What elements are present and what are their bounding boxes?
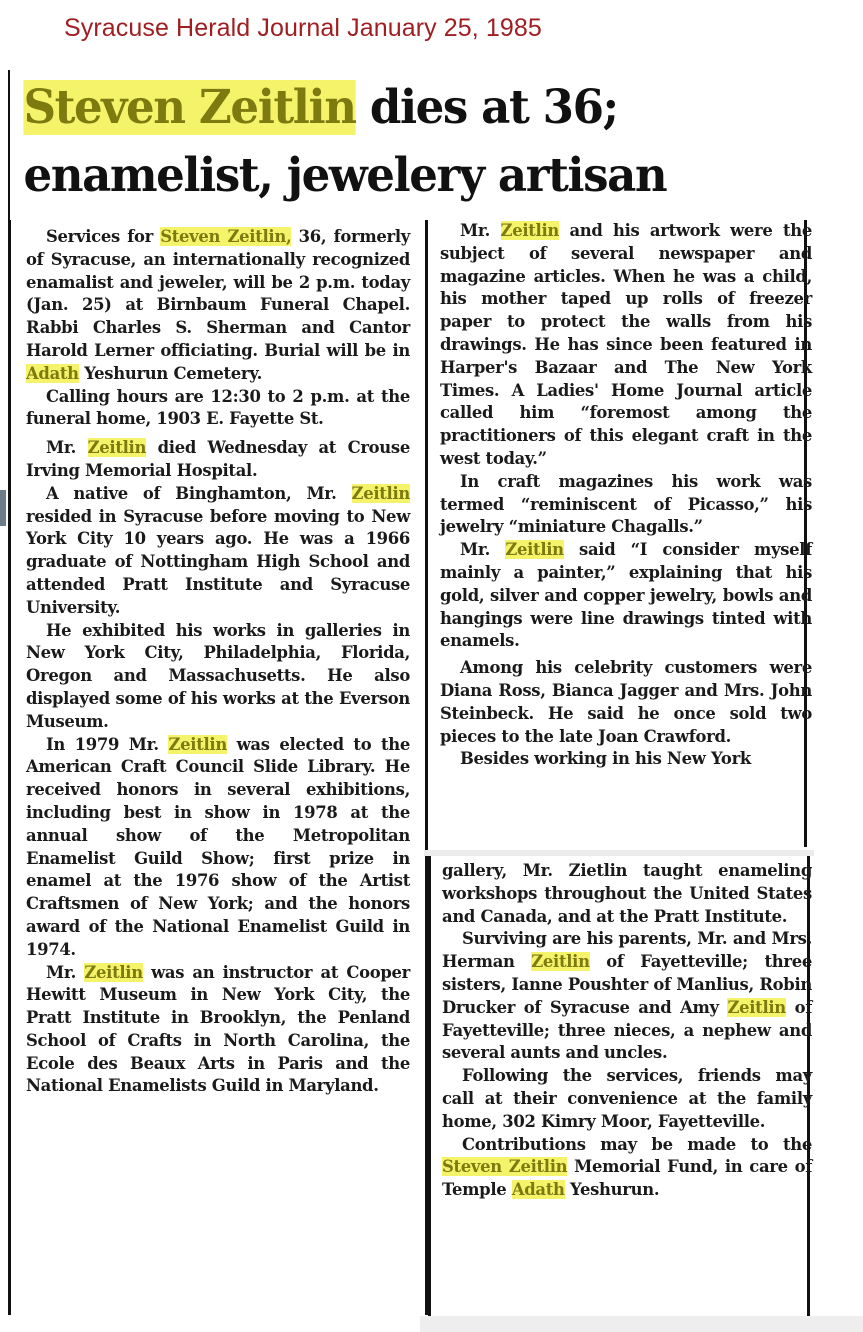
right-column-top-text: Mr. Zeitlin and his artwork were the sub… <box>440 220 812 771</box>
paragraph: Following the services, friends may call… <box>442 1065 812 1133</box>
paragraph: In craft magazines his work was termed “… <box>440 471 812 539</box>
highlighted-name: Zeitlin <box>501 221 559 240</box>
highlighted-name: Steven Zeitlin <box>23 80 355 135</box>
paragraph: gallery, Mr. Zietlin taught enameling wo… <box>442 860 812 928</box>
paragraph: Among his celebrity customers were Diana… <box>440 657 812 748</box>
highlighted-name: Zeitlin <box>84 963 142 982</box>
paragraph: Mr. Zeitlin said “I consider myself main… <box>440 539 812 653</box>
highlighted-name: Adath <box>512 1180 565 1199</box>
paragraph: Surviving are his parents, Mr. and Mrs. … <box>442 928 812 1065</box>
headline-line-1: Steven Zeitlin dies at 36; <box>10 78 797 138</box>
highlighted-name: Steven Zeitlin, <box>160 227 291 246</box>
highlighted-name: Zeitlin <box>727 998 785 1017</box>
paragraph: Mr. Zeitlin and his artwork were the sub… <box>440 220 812 471</box>
paragraph: A native of Binghamton, Mr. Zeitlin resi… <box>26 483 410 620</box>
highlighted-name: Zeitlin <box>352 484 410 503</box>
paragraph: Mr. Zeitlin was an instructor at Cooper … <box>26 962 410 1099</box>
left-column-text: Services for Steven Zeitlin, 36, formerl… <box>26 226 410 1098</box>
headline-line-2: enamelist, jewelery artisan <box>10 146 797 206</box>
paragraph: Contributions may be made to the Steven … <box>442 1134 812 1202</box>
paragraph: He exhibited his works in galleries in N… <box>26 620 410 734</box>
highlighted-name: Zeitlin <box>88 438 146 457</box>
paragraph: Services for Steven Zeitlin, 36, formerl… <box>26 226 410 386</box>
paragraph: Besides working in his New York <box>440 748 812 771</box>
highlighted-name: Steven Zeitlin <box>442 1157 567 1176</box>
paragraph: In 1979 Mr. Zeitlin was elected to the A… <box>26 734 410 962</box>
highlighted-name: Adath <box>26 364 79 383</box>
paragraph: Calling hours are 12:30 to 2 p.m. at the… <box>26 386 410 432</box>
highlighted-name: Zeitlin <box>531 952 589 971</box>
highlighted-name: Zeitlin <box>168 735 226 754</box>
scan-bottom-edge <box>420 1316 863 1332</box>
paragraph: Mr. Zeitlin died Wednesday at Crouse Irv… <box>26 437 410 483</box>
highlighted-name: Zeitlin <box>505 540 563 559</box>
headline-block: Steven Zeitlin dies at 36; enamelist, je… <box>8 70 830 220</box>
right-column-bottom-text: gallery, Mr. Zietlin taught enameling wo… <box>442 860 812 1202</box>
source-caption: Syracuse Herald Journal January 25, 1985 <box>64 14 542 43</box>
scan-edge-mark <box>0 490 6 526</box>
